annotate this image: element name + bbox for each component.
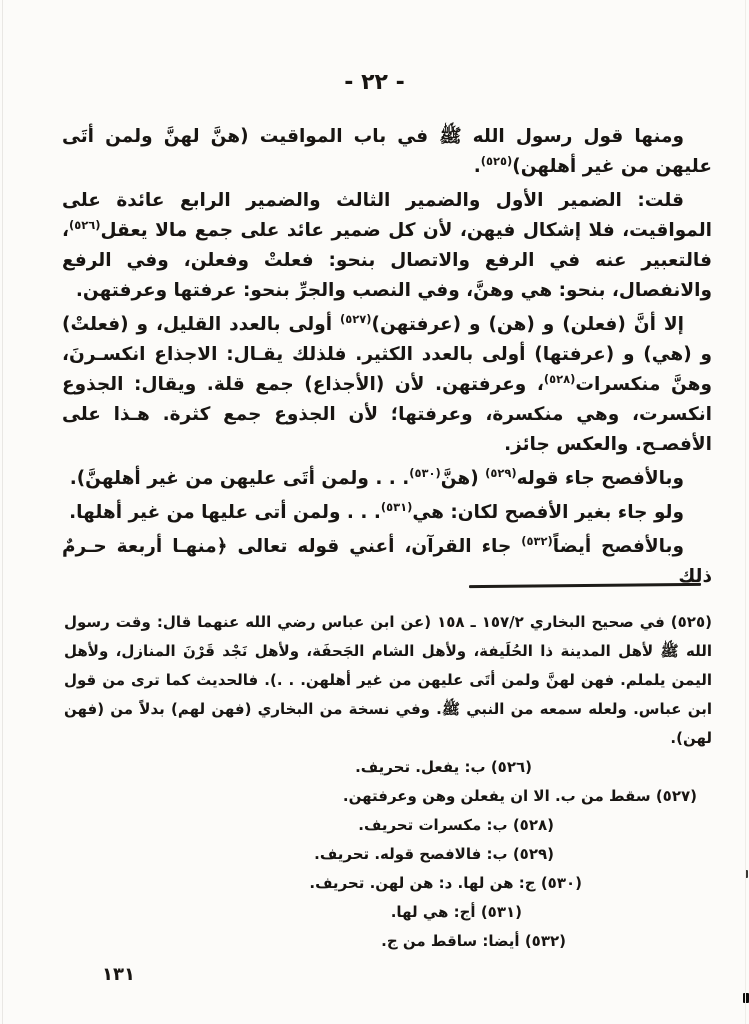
footnote-532-number: (٥٣٢) bbox=[525, 932, 566, 950]
scan-artifact-dot bbox=[743, 993, 749, 1003]
footnote-526-text: ب: يفعل. تحريف. bbox=[355, 758, 485, 776]
paragraph-qultu-commentary: قلت: الضمير الأول والضمير الثالث والضمير… bbox=[62, 186, 712, 306]
footnote-530-number: (٥٣٠) bbox=[541, 874, 582, 892]
footnote-532: (٥٣٢) أيضا: ساقط من ج. bbox=[62, 927, 712, 956]
footnote-532-text: أيضا: ساقط من ج. bbox=[381, 932, 519, 950]
footnote-526-number: (٥٢٦) bbox=[491, 758, 532, 776]
footnote-526: (٥٢٦) ب: يفعل. تحريف. bbox=[62, 753, 712, 782]
footnote-531-text: أج: هي لها. bbox=[391, 903, 476, 921]
footnote-525-text: في صحيح البخاري ١٥٧/٢ ـ ١٥٨ (عن ابن عباس… bbox=[64, 613, 712, 747]
footnote-528-text: ب: مكسرات تحريف. bbox=[358, 816, 507, 834]
paragraph-law-jaa: ولو جاء بغير الأفصح لكان: هي(٥٣١). . . و… bbox=[62, 498, 712, 528]
book-page: - ٢٢ - ومنها قول رسول الله ﷺ في باب المو… bbox=[0, 0, 749, 1024]
footnote-525: (٥٢٥) في صحيح البخاري ١٥٧/٢ ـ ١٥٨ (عن اب… bbox=[62, 608, 712, 753]
footnotes-section: (٥٢٥) في صحيح البخاري ١٥٧/٢ ـ ١٥٨ (عن اب… bbox=[62, 608, 712, 956]
footnote-529-number: (٥٢٩) bbox=[513, 845, 554, 863]
footnote-527: (٥٢٧) سقط من ب. الا ان يفعلن وهن وعرفتهن… bbox=[62, 782, 712, 811]
footnote-525-number: (٥٢٥) bbox=[671, 613, 712, 631]
footnote-527-text: سقط من ب. الا ان يفعلن وهن وعرفتهن. bbox=[343, 787, 651, 805]
paragraph-illa-anna: إلا أنَّ (فعلن) و (هن) و (عرفتهن)(٥٢٧) أ… bbox=[62, 310, 712, 460]
page-number-bottom: ١٣١ bbox=[102, 964, 135, 985]
main-text-block: ومنها قول رسول الله ﷺ في باب المواقيت (ه… bbox=[62, 122, 712, 596]
page-number-top: - ٢٢ - bbox=[0, 70, 749, 95]
footnote-531: (٥٣١) أج: هي لها. bbox=[62, 898, 712, 927]
paragraph-afsah-qawluhu: وبالأفصح جاء قوله(٥٢٩) (هنَّ(٥٣٠). . . و… bbox=[62, 464, 712, 494]
scan-artifact-speck bbox=[745, 870, 748, 878]
footnote-530-text: ج: هن لها. د: هن لهن. تحريف. bbox=[309, 874, 535, 892]
footnote-531-number: (٥٣١) bbox=[481, 903, 522, 921]
footnote-530: (٥٣٠) ج: هن لها. د: هن لهن. تحريف. bbox=[62, 869, 712, 898]
footnote-529-text: ب: فالافصح قوله. تحريف. bbox=[314, 845, 507, 863]
paragraph-hadith-quote: ومنها قول رسول الله ﷺ في باب المواقيت (ه… bbox=[62, 122, 712, 182]
footnote-527-number: (٥٢٧) bbox=[656, 787, 697, 805]
footnote-528: (٥٢٨) ب: مكسرات تحريف. bbox=[62, 811, 712, 840]
footnote-528-number: (٥٢٨) bbox=[513, 816, 554, 834]
footnote-529: (٥٢٩) ب: فالافصح قوله. تحريف. bbox=[62, 840, 712, 869]
